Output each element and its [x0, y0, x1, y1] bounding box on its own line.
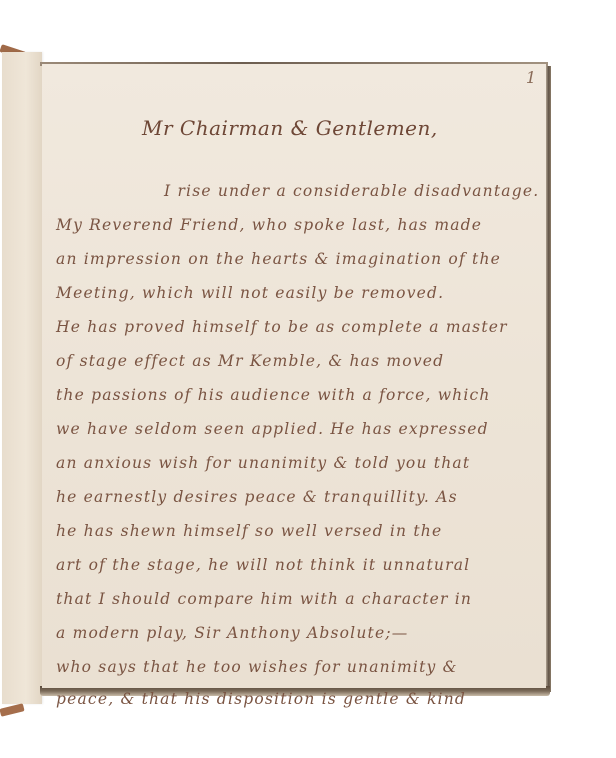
page-number: 1: [526, 68, 536, 87]
text-line: of stage effect as Mr Kemble, & has move…: [56, 352, 546, 370]
text-line: I rise under a considerable disadvantage…: [164, 182, 616, 200]
text-line: a modern play, Sir Anthony Absolute;—: [56, 624, 546, 642]
text-line: we have seldom seen applied. He has expr…: [56, 420, 546, 438]
left-facing-leaf: [2, 52, 42, 704]
text-line: an anxious wish for unanimity & told you…: [56, 454, 546, 472]
salutation: Mr Chairman & Gentlemen,: [142, 116, 438, 140]
text-line: Meeting, which will not easily be remove…: [56, 284, 546, 302]
text-line: an impression on the hearts & imaginatio…: [56, 250, 546, 268]
text-line: the passions of his audience with a forc…: [56, 386, 546, 404]
text-line: that I should compare him with a charact…: [56, 590, 546, 608]
text-line: My Reverend Friend, who spoke last, has …: [56, 216, 546, 234]
manuscript-page: 1 Mr Chairman & Gentlemen, I rise under …: [42, 64, 546, 688]
text-line: peace, & that his disposition is gentle …: [56, 690, 546, 708]
text-line: He has proved himself to be as complete …: [56, 318, 546, 336]
text-line: he has shewn himself so well versed in t…: [56, 522, 546, 540]
text-line: who says that he too wishes for unanimit…: [56, 658, 546, 676]
book-corner-bottom: [0, 703, 25, 717]
text-line: art of the stage, he will not think it u…: [56, 556, 546, 574]
text-line: he earnestly desires peace & tranquillit…: [56, 488, 546, 506]
